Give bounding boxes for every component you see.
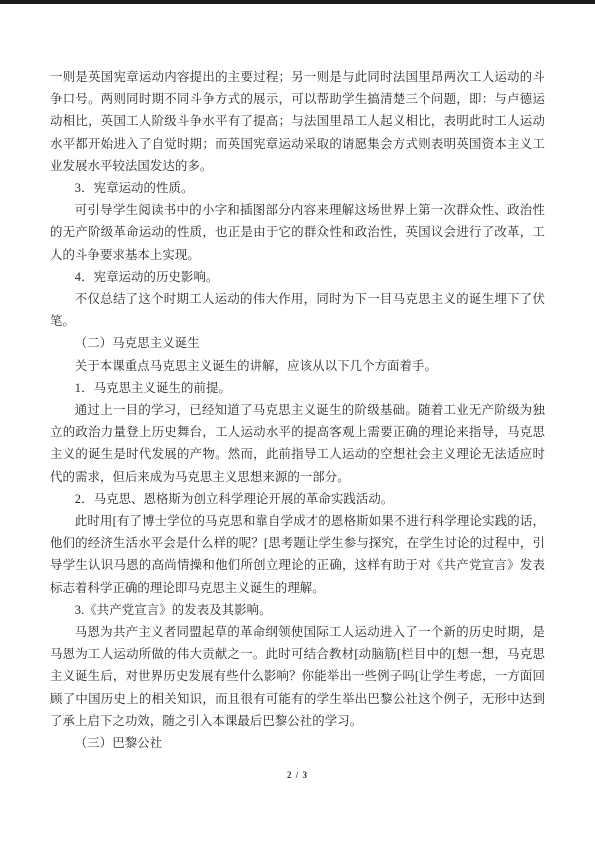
section-heading: 3.《共产党宣言》的发表及其影响。 <box>50 599 545 621</box>
body-paragraph: 一则是英国宪章运动内容提出的主要过程；另一则是与此同时法国里昂两次工人运动的斗争… <box>50 66 545 177</box>
section-heading: 4．宪章运动的历史影响。 <box>50 266 545 288</box>
body-paragraph: 马恩为共产主义者同盟起草的革命纲领使国际工人运动进入了一个新的历史时期，是马恩为… <box>50 621 545 732</box>
body-paragraph: 通过上一目的学习，已经知道了马克思主义诞生的阶级基础。随着工业无产阶级为独立的政… <box>50 399 545 488</box>
page-top-border <box>0 0 595 4</box>
section-heading: 3．宪章运动的性质。 <box>50 177 545 199</box>
section-heading: （二）马克思主义诞生 <box>50 332 545 354</box>
body-paragraph: 关于本课重点马克思主义诞生的讲解，应该从以下几个方面着手。 <box>50 355 545 377</box>
body-paragraph: 不仅总结了这个时期工人运动的伟大作用，同时为下一目马克思主义的诞生埋下了伏笔。 <box>50 288 545 332</box>
page-number: 2 / 3 <box>0 770 595 780</box>
section-heading: 2．马克思、恩格斯为创立科学理论开展的革命实践活动。 <box>50 488 545 510</box>
section-heading: 1．马克思主义诞生的前提。 <box>50 377 545 399</box>
body-paragraph: 可引导学生阅读书中的小字和插图部分内容来理解这场世界上第一次群众性、政治性的无产… <box>50 199 545 266</box>
body-paragraph: 此时用[有了博士学位的马克思和靠自学成才的恩格斯如果不进行科学理论实践的话，他们… <box>50 510 545 599</box>
section-heading: （三）巴黎公社 <box>50 732 545 754</box>
document-body: 一则是英国宪章运动内容提出的主要过程；另一则是与此同时法国里昂两次工人运动的斗争… <box>50 66 545 754</box>
